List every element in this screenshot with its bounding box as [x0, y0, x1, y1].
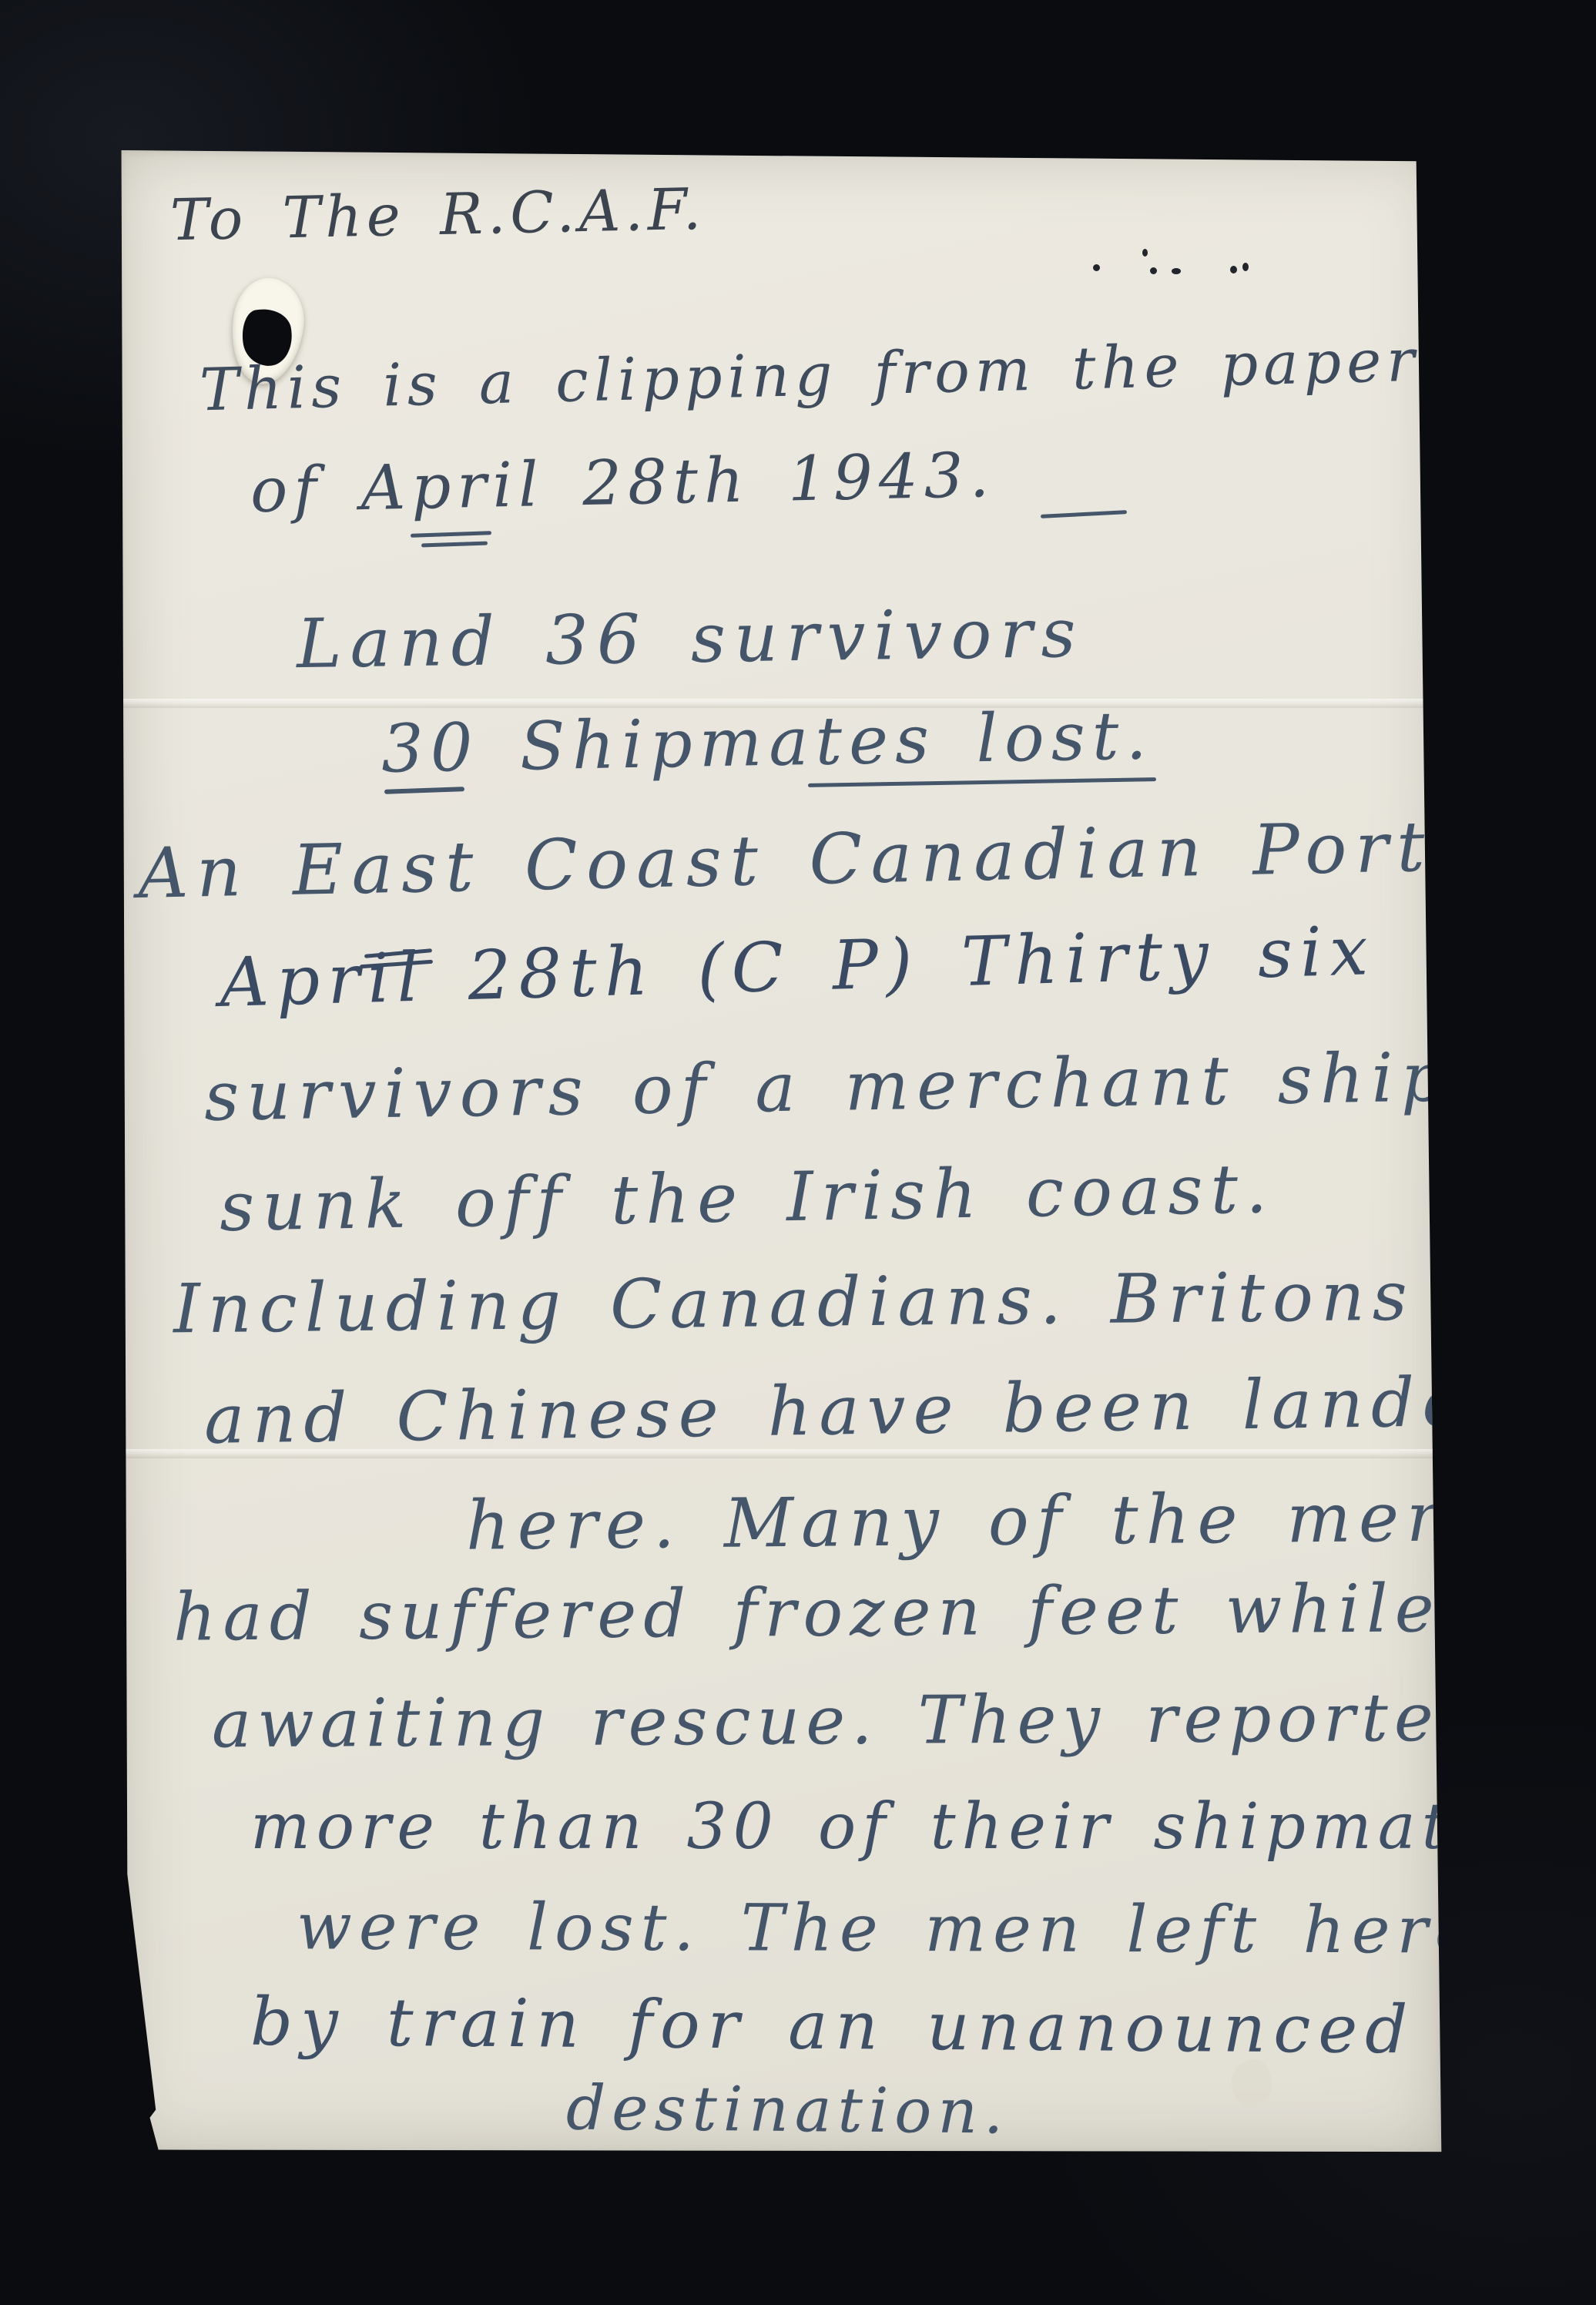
ink-speck — [1093, 264, 1100, 271]
underline-stroke — [421, 542, 488, 548]
handwritten-line: An East Coast Canadian Port. — [137, 808, 1464, 912]
ink-speck — [1230, 266, 1237, 273]
handwritten-line: April 28th (C P) Thirty six — [219, 914, 1376, 1021]
handwritten-line-headline: 30 Shipmates lost. — [381, 700, 1154, 786]
handwritten-line: here. Many of the men — [466, 1480, 1458, 1563]
handwritten-line: had suffered frozen feet while — [173, 1572, 1441, 1654]
handwritten-line-addressee: To The R.C.A.F. — [169, 179, 706, 253]
handwritten-line-headline: Land 36 survivors — [296, 596, 1085, 682]
handwritten-line: This is a clipping from the paper — [199, 328, 1420, 422]
handwritten-line: Including Canadians. Britons — [173, 1260, 1416, 1347]
handwritten-line: and Chinese have been landed — [203, 1364, 1521, 1458]
handwritten-line-date: of April 28th 1943. — [250, 441, 996, 525]
ink-speck — [1150, 267, 1157, 274]
handwritten-line: awaiting rescue. They reported — [212, 1682, 1488, 1761]
handwritten-line: were lost. The men left here — [297, 1891, 1480, 1966]
underline-stroke — [411, 531, 491, 538]
handwritten-line: survivors of a merchant ship — [203, 1040, 1452, 1134]
underline-stroke — [384, 787, 464, 794]
ink-speck — [1172, 268, 1181, 274]
ink-speck — [1242, 263, 1249, 271]
handwritten-line: sunk off the Irish coast. — [219, 1152, 1275, 1245]
letter-paper: To The R.C.A.F. This is a clipping from … — [119, 150, 1443, 2155]
photo-background: To The R.C.A.F. This is a clipping from … — [0, 0, 1596, 2305]
handwritten-line: more than 30 of their shipmates — [250, 1793, 1535, 1862]
handwritten-line-last: destination. — [566, 2074, 1010, 2146]
ink-speck — [1142, 249, 1148, 257]
handwritten-line: by train for an unanounced — [250, 1986, 1416, 2067]
pen-dash — [1041, 510, 1127, 518]
